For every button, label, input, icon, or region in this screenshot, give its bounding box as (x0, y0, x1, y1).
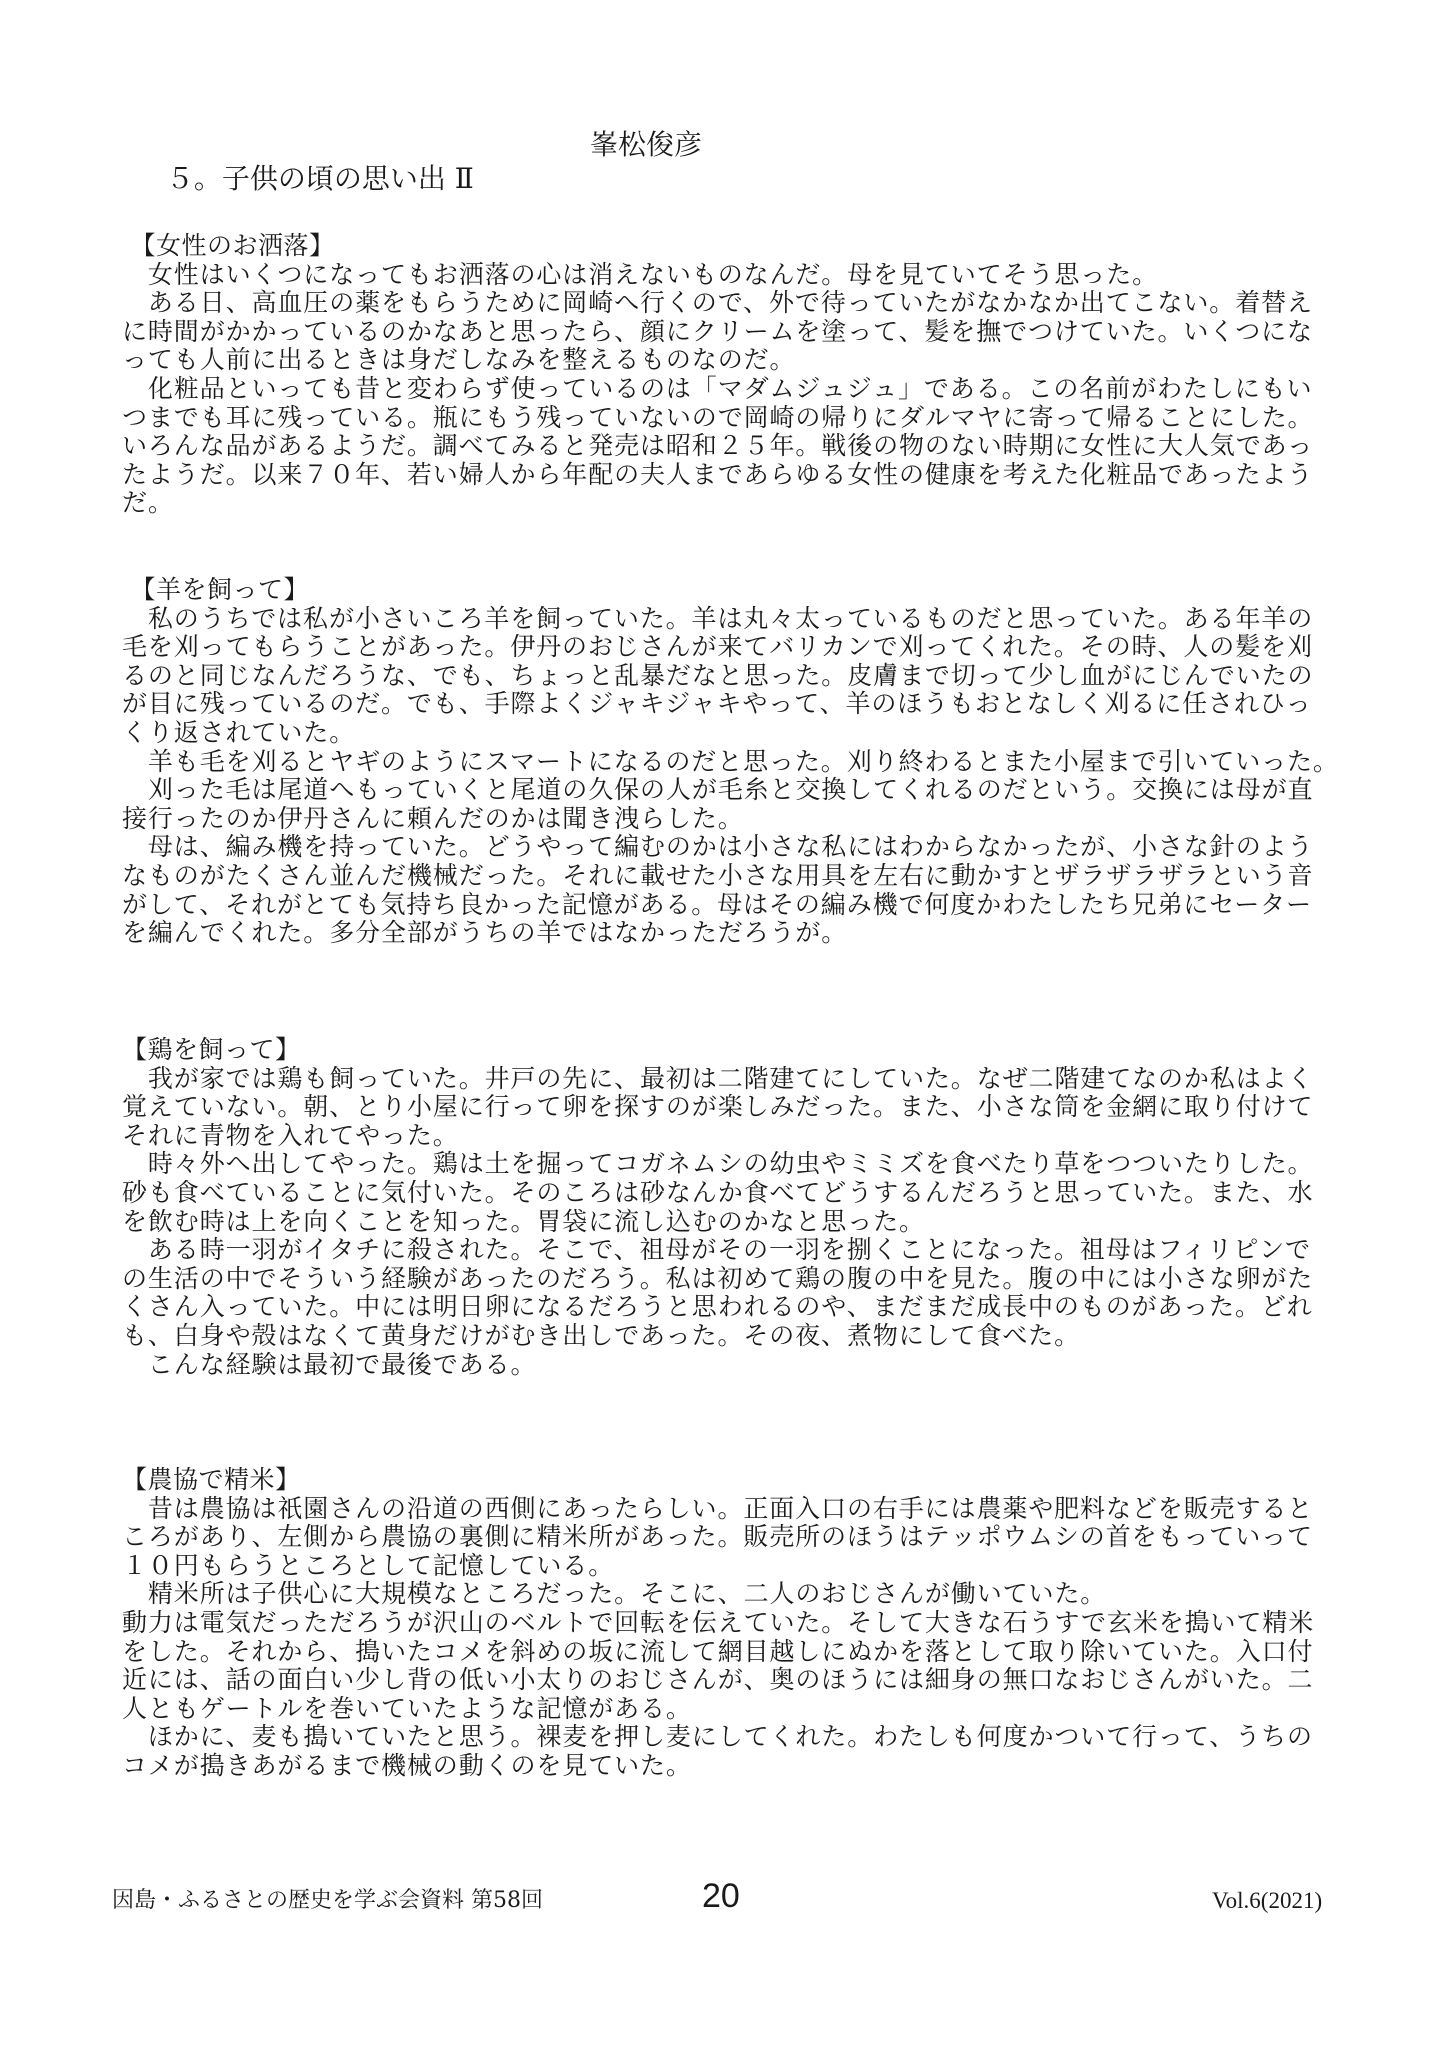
paragraph-line: 刈った毛は尾道へもっていくと尾道の久保の人が毛糸と交換してくれるのだという。交換… (122, 776, 1332, 805)
paragraph-line: なものがたくさん並んだ機械だった。それに載せた小さな用具を左右に動かすとザラザラ… (122, 862, 1332, 891)
section-raising-chickens: 【鶏を飼って】 我が家では鶏も飼っていた。井戸の先に、最初は二階建てにしていた。… (122, 1036, 1332, 1379)
section-rice-polishing: 【農協で精米】 昔は農協は祇園さんの沿道の西側にあったらしい。正面入口の右手には… (122, 1466, 1332, 1781)
paragraph-line: を編んでくれた。多分全部がうちの羊ではなかっただろうが。 (122, 919, 1332, 948)
paragraph-line: 私のうちでは私が小さいころ羊を飼っていた。羊は丸々太っているものだと思っていた。… (122, 605, 1332, 634)
paragraph-line: の生活の中でそういう経験があったのだろう。私は初めて鶏の腹の中を見た。腹の中には… (122, 1265, 1332, 1294)
section-heading: 【女性のお洒落】 (122, 232, 1332, 261)
paragraph-line: が目に残っているのだ。でも、手際よくジャキジャキやって、羊のほうもおとなしく刈る… (122, 690, 1332, 719)
paragraph-line: 人ともゲートルを巻いていたような記憶がある。 (122, 1695, 1332, 1724)
paragraph-line: 女性はいくつになってもお洒落の心は消えないものなんだ。母を見ていてそう思った。 (122, 261, 1332, 290)
paragraph-line: １０円もらうところとして記憶している。 (122, 1552, 1332, 1581)
paragraph-line: ある日、高血圧の薬をもらうために岡崎へ行くので、外で待っていたがなかなか出てこな… (122, 289, 1332, 318)
paragraph-line: 母は、編み機を持っていた。どうやって編むのかは小さな私にはわからなかったが、小さ… (122, 833, 1332, 862)
paragraph-line: 毛を刈ってもらうことがあった。伊丹のおじさんが来てバリカンで刈ってくれた。その時… (122, 633, 1332, 662)
article-title: ５。子供の頃の思い出 Ⅱ (166, 162, 474, 195)
paragraph-line: コメが搗きあがるまで機械の動くのを見ていた。 (122, 1752, 1332, 1781)
section-raising-sheep: 【羊を飼って】 私のうちでは私が小さいころ羊を飼っていた。羊は丸々太っているもの… (122, 576, 1332, 948)
paragraph-line: それに青物を入れてやった。 (122, 1122, 1332, 1151)
paragraph-line: ある時一羽がイタチに殺された。そこで、祖母がその一羽を捌くことになった。祖母はフ… (122, 1236, 1332, 1265)
paragraph-line: 羊も毛を刈るとヤギのようにスマートになるのだと思った。刈り終わるとまた小屋まで引… (122, 748, 1332, 777)
paragraph-line: いろんな品があるようだ。調べてみると発売は昭和２５年。戦後の物のない時期に女性に… (122, 432, 1332, 461)
paragraph-line: 接行ったのか伊丹さんに頼んだのかは聞き洩らした。 (122, 805, 1332, 834)
section-heading: 【農協で精米】 (122, 1466, 1332, 1495)
paragraph-line: くり返されていた。 (122, 719, 1332, 748)
paragraph-line: ほかに、麦も搗いていたと思う。裸麦を押し麦にしてくれた。わたしも何度かついて行っ… (122, 1723, 1332, 1752)
paragraph-line: こんな経験は最初で最後である。 (122, 1351, 1332, 1380)
paragraph-line: 昔は農協は祇園さんの沿道の西側にあったらしい。正面入口の右手には農薬や肥料などを… (122, 1495, 1332, 1524)
page-title: ５。子供の頃の思い出 Ⅱ 峯松俊彦 (148, 128, 474, 230)
paragraph-line: 覚えていない。朝、とり小屋に行って卵を探すのが楽しみだった。また、小さな筒を金網… (122, 1093, 1332, 1122)
paragraph-line: だ。 (122, 489, 1332, 518)
paragraph-line: たようだ。以来７０年、若い婦人から年配の夫人まであらゆる女性の健康を考えた化粧品… (122, 461, 1332, 490)
paragraph-line: ころがあり、左側から農協の裏側に精米所があった。販売所のほうはテッポウムシの首を… (122, 1523, 1332, 1552)
section-heading: 【鶏を飼って】 (122, 1036, 1332, 1065)
footer-publication: 因島・ふるさとの歴史を学ぶ会資料 第58回 (112, 1886, 543, 1916)
paragraph-line: 動力は電気だっただろうが沢山のベルトで回転を伝えていた。そして大きな石うすで玄米… (122, 1609, 1332, 1638)
author-name: 峯松俊彦 (590, 128, 702, 162)
paragraph-line: るのと同じなんだろうな、でも、ちょっと乱暴だなと思った。皮膚まで切って少し血がに… (122, 662, 1332, 691)
paragraph-line: を飲む時は上を向くことを知った。胃袋に流し込むのかなと思った。 (122, 1208, 1332, 1237)
paragraph-line: に時間がかかっているのかなあと思ったら、顔にクリームを塗って、髪を撫でつけていた… (122, 318, 1332, 347)
section-heading: 【羊を飼って】 (122, 576, 1332, 605)
footer-volume: Vol.6(2021) (1212, 1886, 1322, 1916)
paragraph-line: も、白身や殻はなくて黄身だけがむき出しであった。その夜、煮物にして食べた。 (122, 1322, 1332, 1351)
page-number: 20 (702, 1876, 740, 1916)
paragraph-line: くさん入っていた。中には明日卵になるだろうと思われるのや、まだまだ成長中のものが… (122, 1293, 1332, 1322)
paragraph-line: をした。それから、搗いたコメを斜めの坂に流して網目越しにぬかを落として取り除いて… (122, 1638, 1332, 1667)
paragraph-line: 時々外へ出してやった。鶏は土を掘ってコガネムシの幼虫やミミズを食べたり草をつつい… (122, 1150, 1332, 1179)
paragraph-line: 近には、話の面白い少し背の低い小太りのおじさんが、奥のほうには細身の無口なおじさ… (122, 1666, 1332, 1695)
paragraph-line: つまでも耳に残っている。瓶にもう残っていないので岡崎の帰りにダルマヤに寄って帰る… (122, 404, 1332, 433)
paragraph-line: がして、それがとても気持ち良かった記憶がある。母はその編み機で何度かわたしたち兄… (122, 891, 1332, 920)
paragraph-line: 我が家では鶏も飼っていた。井戸の先に、最初は二階建てにしていた。なぜ二階建てなの… (122, 1065, 1332, 1094)
paragraph-line: 化粧品といっても昔と変わらず使っているのは「マダムジュジュ」である。この名前がわ… (122, 375, 1332, 404)
paragraph-line: 精米所は子供心に大規模なところだった。そこに、二人のおじさんが働いていた。 (122, 1580, 1332, 1609)
paragraph-line: っても人前に出るときは身だしなみを整えるものなのだ。 (122, 346, 1332, 375)
paragraph-line: 砂も食べていることに気付いた。そのころは砂なんか食べてどうするんだろうと思ってい… (122, 1179, 1332, 1208)
section-womens-fashion: 【女性のお洒落】 女性はいくつになってもお洒落の心は消えないものなんだ。母を見て… (122, 232, 1332, 518)
